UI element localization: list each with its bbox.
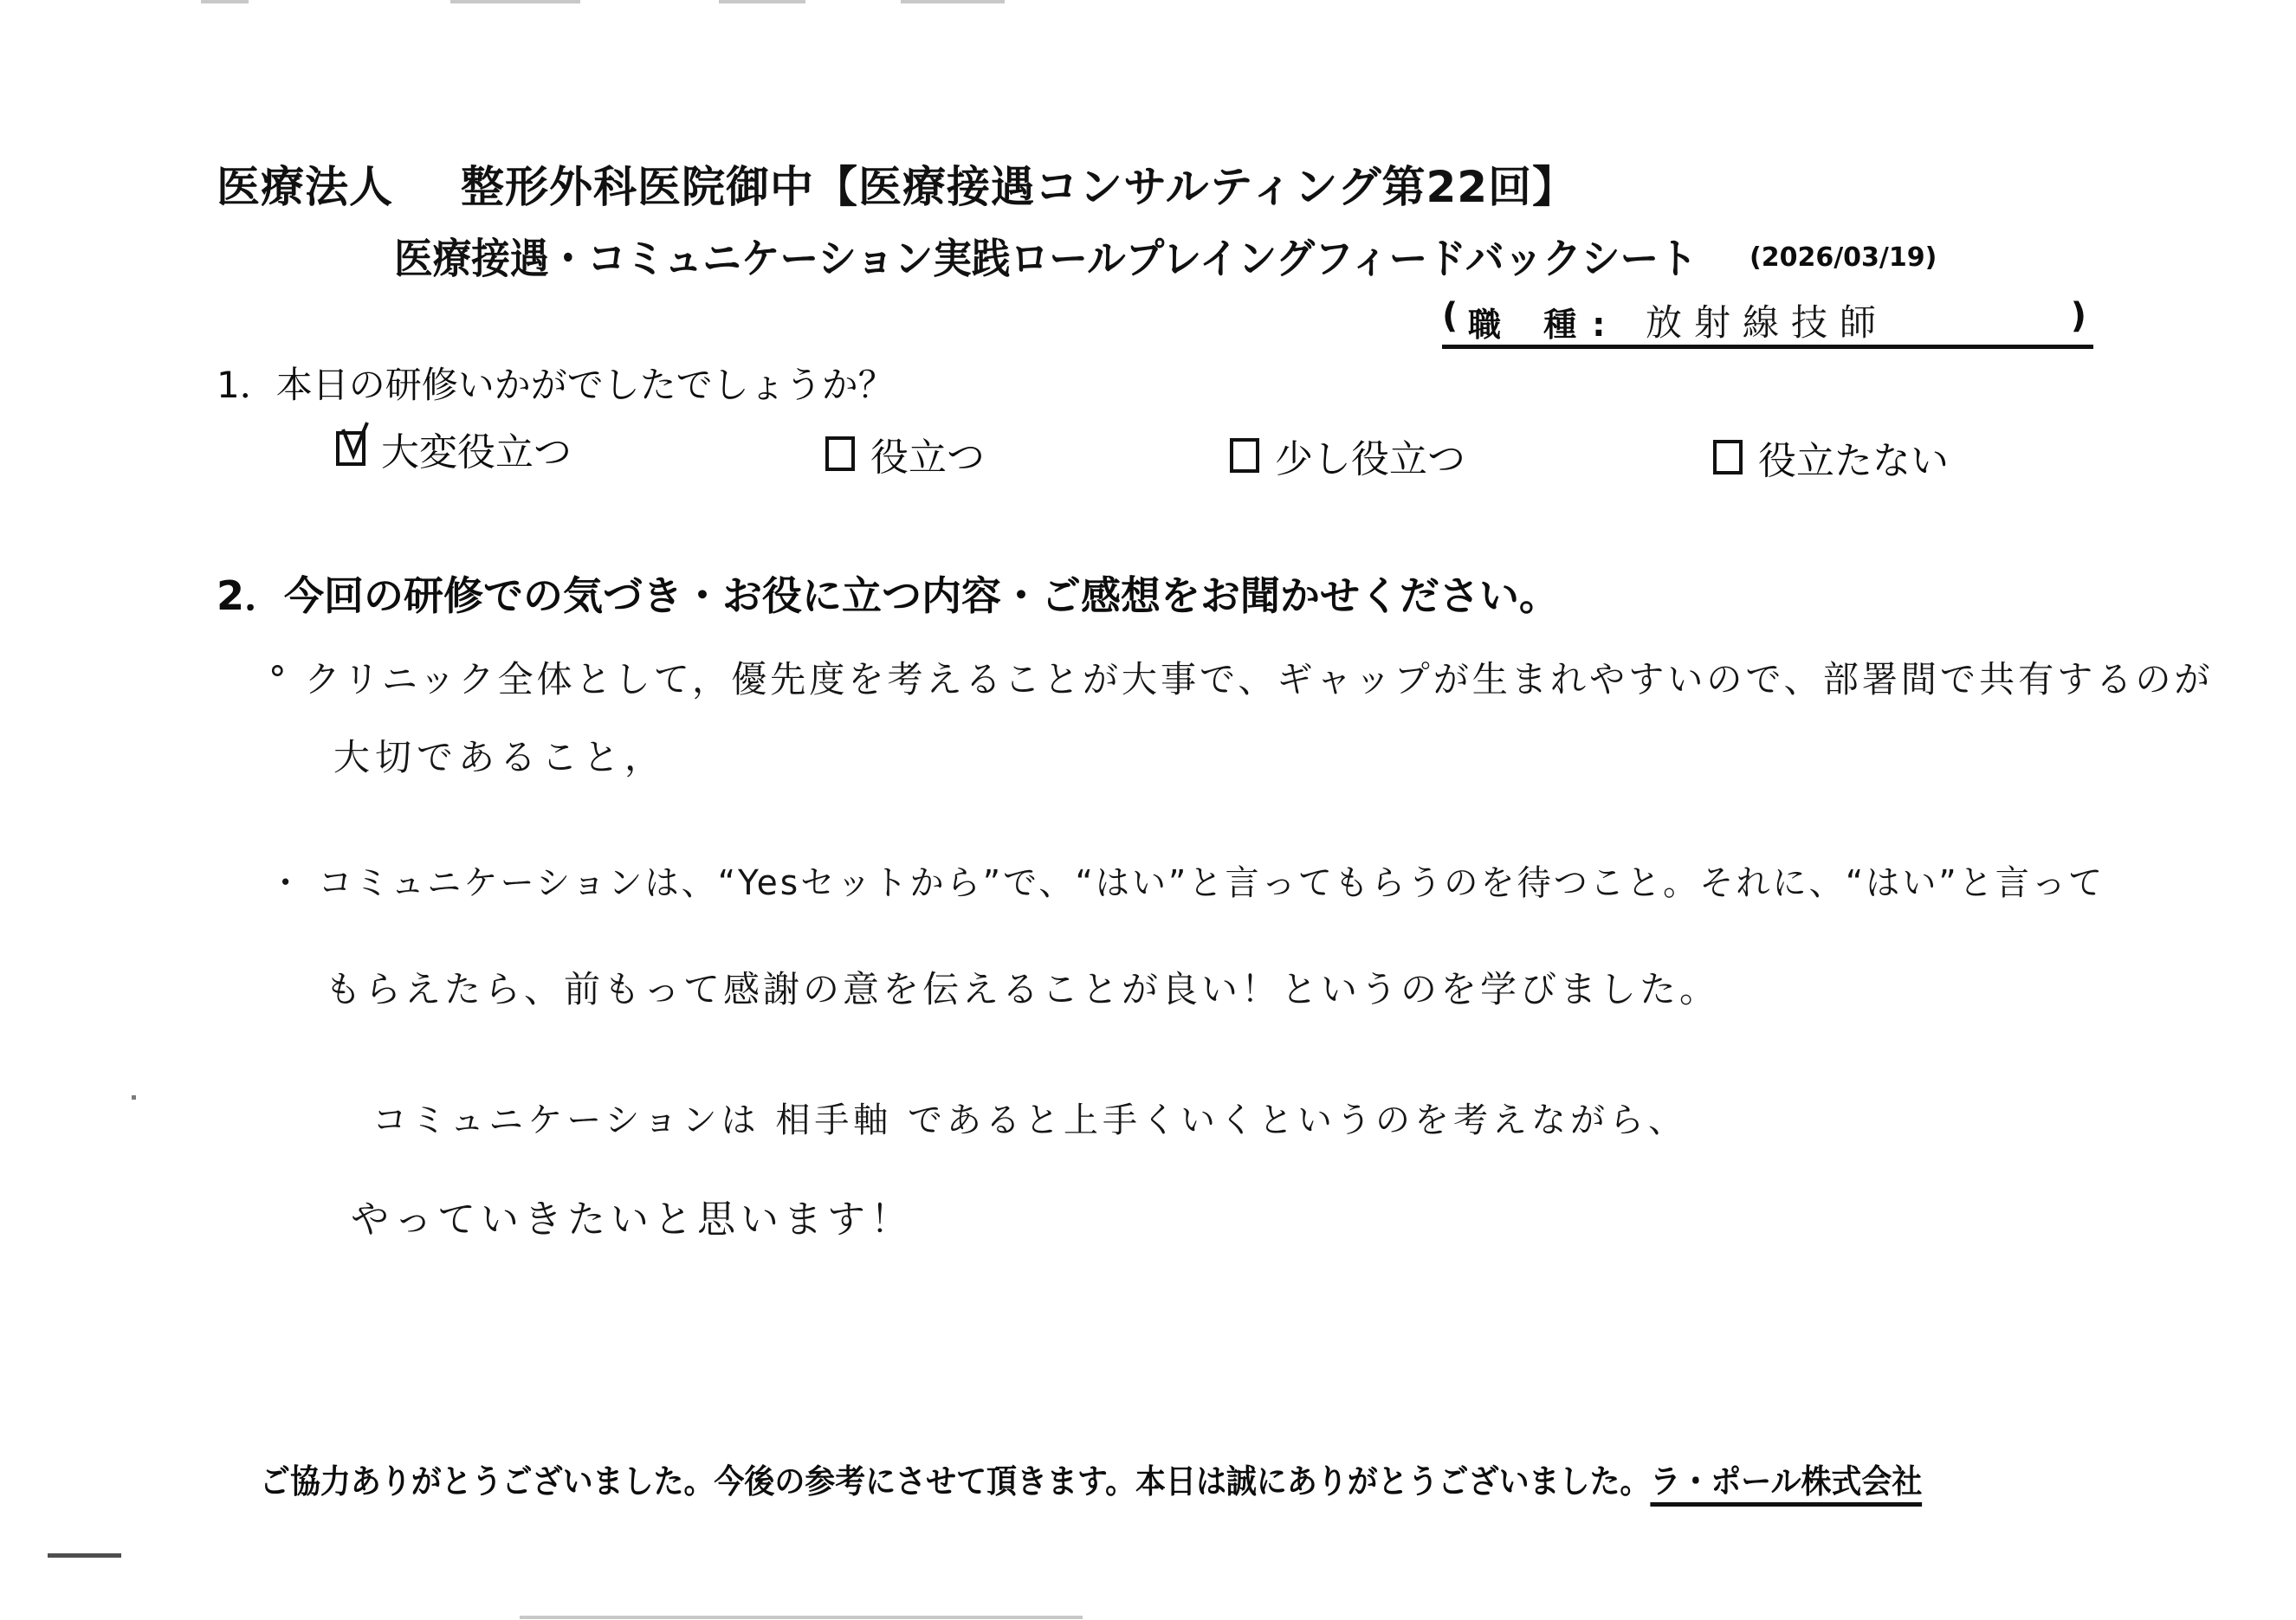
answer-line-3: ・ コミュニケーションは、“Yesセットから”で、“はい”と言ってもらうのを待つ… [268, 855, 2105, 905]
checkbox-checked[interactable] [336, 431, 365, 466]
scan-artifact-top-1 [201, 0, 249, 3]
checkbox-unchecked[interactable] [1713, 440, 1743, 474]
option-not-useful[interactable]: 役立たない [1713, 429, 1949, 485]
option-label: 少し役立つ [1275, 428, 1465, 483]
checkbox-unchecked[interactable] [1230, 438, 1259, 473]
option-label: 役立たない [1758, 429, 1949, 485]
scan-artifact-dot [132, 1095, 136, 1100]
scan-artifact-bottom-1 [48, 1553, 121, 1558]
job-field-close-paren: ) [2071, 296, 2086, 336]
option-very-useful[interactable]: 大変役立つ [336, 421, 572, 476]
answer-line-6: やっていきたいと思います！ [351, 1188, 914, 1243]
company-name: ラ・ポール株式会社 [1650, 1462, 1922, 1507]
option-label: 役立つ [870, 426, 985, 481]
job-field-open-paren: ( [1442, 296, 1458, 336]
option-somewhat-useful[interactable]: 少し役立つ [1230, 428, 1465, 483]
question-1-text: 1．本日の研修いかがでしたでしょうか？ [217, 357, 895, 409]
scan-artifact-top-4 [901, 0, 1005, 3]
answer-line-2: 大切であること， [333, 729, 666, 781]
bullet-circle-icon: ° [268, 658, 290, 700]
answer-line-1: ° クリニック全体として，優先度を考えることが大事で、ギャップが生まれやすいので… [268, 651, 2214, 703]
option-useful[interactable]: 役立つ [825, 426, 985, 481]
answer-line-5: コミュニケーションは 相手軸 であると上手くいくというのを考えながら、 [372, 1093, 1687, 1142]
bullet-dot-icon: ・ [268, 855, 305, 905]
org-prefix: 医療法人 [217, 152, 393, 215]
checkmark-icon [341, 421, 376, 462]
job-type-field[interactable]: ( 職 種: 放射線技師 ) [1442, 294, 2093, 349]
sheet-title: 医療接遇・コミュニケーション実践ロールプレイングフィードバックシート [394, 225, 1698, 285]
question-2-text: 2．今回の研修での気づき・お役に立つ内容・ご感想をお聞かせください。 [217, 565, 1559, 622]
checkbox-unchecked[interactable] [825, 436, 855, 471]
org-suffix: 整形外科医院御中【医療接遇コンサルティング第22回】 [461, 162, 1576, 212]
recipient-heading: 医療法人整形外科医院御中【医療接遇コンサルティング第22回】 [217, 152, 1576, 215]
footer-message: ご協力ありがとうございました。今後の参考にさせて頂きます。本日は誠にありがとうご… [260, 1462, 1650, 1501]
footer: ご協力ありがとうございました。今後の参考にさせて頂きます。本日は誠にありがとうご… [260, 1455, 1922, 1502]
answer-line-4: もらえたら、前もって感謝の意を伝えることが良い！というのを学びました。 [325, 961, 1719, 1013]
scan-artifact-bottom-2 [520, 1616, 1083, 1619]
scan-artifact-top-3 [719, 0, 805, 3]
job-field-value: 放射線技師 [1646, 294, 1888, 346]
scan-artifact-top-2 [450, 0, 580, 3]
option-label: 大変役立つ [381, 421, 572, 476]
job-field-label: 職 種: [1468, 298, 1620, 345]
sheet-date: (2026/03/19) [1749, 242, 1937, 273]
